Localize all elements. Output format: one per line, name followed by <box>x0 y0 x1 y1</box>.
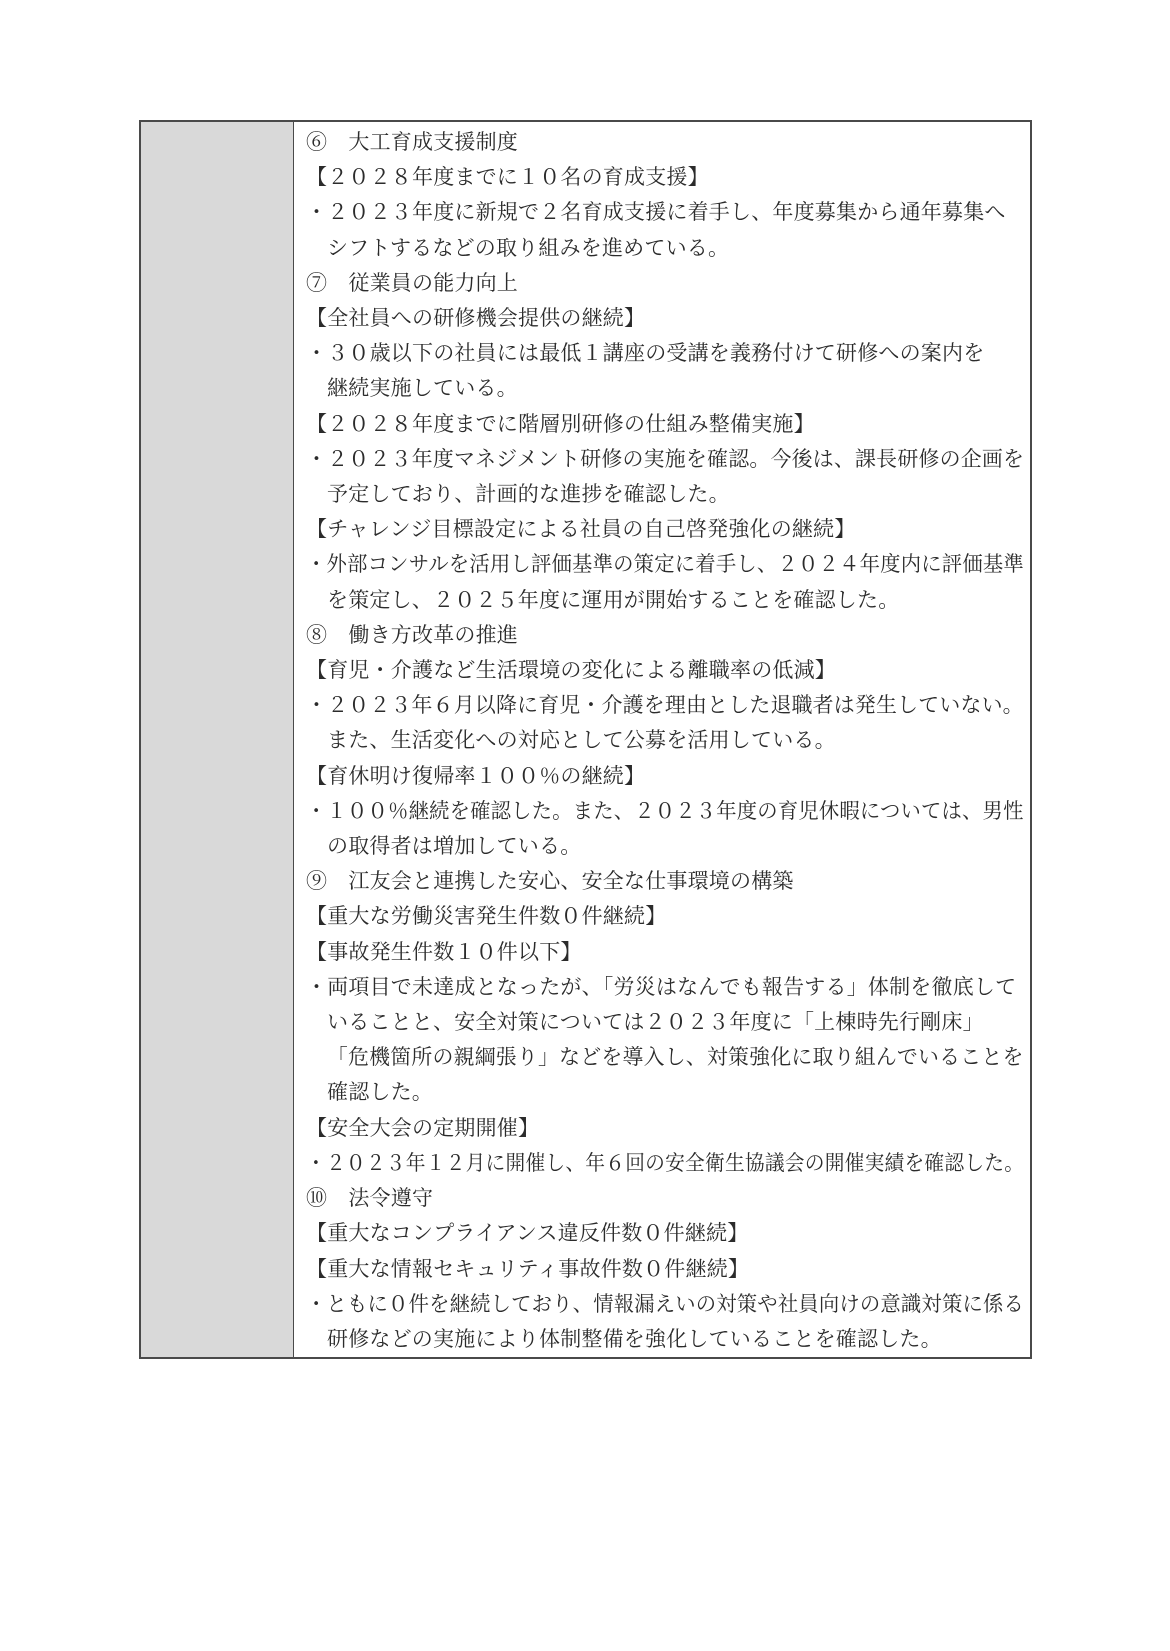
text-line-continuation: シフトするなどの取り組みを進めている。 <box>306 231 1024 266</box>
table-content-cell: ⑥ 大工育成支援制度【２０２８年度までに１０名の育成支援】・２０２３年度に新規で… <box>294 122 1030 1357</box>
text-line-continuation: 「危機箇所の親綱張り」などを導入し、対策強化に取り組んでいることを <box>306 1040 1021 1075</box>
text-line-bullet: ・１００％継続を確認した。また、２０２３年度の育児休暇については、男性 <box>306 794 1001 829</box>
text-line-numbered: ⑩ 法令遵守 <box>306 1181 1024 1216</box>
text-line-bracket: 【重大な情報セキュリティ事故件数０件継続】 <box>306 1252 1024 1287</box>
text-line-bracket: 【２０２８年度までに１０名の育成支援】 <box>306 160 1024 195</box>
text-line-continuation: 継続実施している。 <box>306 371 1024 406</box>
text-line-bullet: ・２０２３年１２月に開催し、年６回の安全衛生協議会の開催実績を確認した。 <box>306 1146 982 1181</box>
text-line-bullet: ・３０歳以下の社員には最低１講座の受講を義務付けて研修への案内を <box>306 336 1024 371</box>
document-page: ⑥ 大工育成支援制度【２０２８年度までに１０名の育成支援】・２０２３年度に新規で… <box>0 0 1170 1651</box>
review-table: ⑥ 大工育成支援制度【２０２８年度までに１０名の育成支援】・２０２３年度に新規で… <box>139 120 1032 1359</box>
text-line-continuation: の取得者は増加している。 <box>306 829 1024 864</box>
text-line-continuation: 研修などの実施により体制整備を強化していることを確認した。 <box>306 1322 1024 1357</box>
text-line-bullet: ・２０２３年度に新規で２名育成支援に着手し、年度募集から通年募集へ <box>306 195 1024 230</box>
text-line-bullet: ・ともに０件を継続しており、情報漏えいの対策や社員向けの意識対策に係る <box>306 1287 1001 1322</box>
text-line-bracket: 【事故発生件数１０件以下】 <box>306 935 1024 970</box>
text-line-bracket: 【育児・介護など生活環境の変化による離職率の低減】 <box>306 653 1024 688</box>
text-line-bullet: ・両項目で未達成となったが、「労災はなんでも報告する」体制を徹底して <box>306 970 1024 1005</box>
text-line-numbered: ⑨ 江友会と連携した安心、安全な仕事環境の構築 <box>306 864 1024 899</box>
text-line-numbered: ⑦ 従業員の能力向上 <box>306 266 1024 301</box>
text-line-bracket: 【全社員への研修機会提供の継続】 <box>306 301 1024 336</box>
text-line-bullet: ・外部コンサルを活用し評価基準の策定に着手し、２０２４年度内に評価基準 <box>306 547 1002 582</box>
text-line-continuation: また、生活変化への対応として公募を活用している。 <box>306 723 1024 758</box>
table-left-cell <box>141 122 294 1357</box>
text-line-continuation: を策定し、２０２５年度に運用が開始することを確認した。 <box>306 583 1024 618</box>
text-line-bracket: 【２０２８年度までに階層別研修の仕組み整備実施】 <box>306 407 1024 442</box>
text-line-continuation: 確認した。 <box>306 1075 1024 1110</box>
text-line-continuation: 予定しており、計画的な進捗を確認した。 <box>306 477 1024 512</box>
text-line-numbered: ⑥ 大工育成支援制度 <box>306 125 1024 160</box>
text-line-numbered: ⑧ 働き方改革の推進 <box>306 618 1024 653</box>
text-line-continuation: いることと、安全対策については２０２３年度に「上棟時先行剛床」 <box>306 1005 1024 1040</box>
text-line-bullet: ・２０２３年６月以降に育児・介護を理由とした退職者は発生していない。 <box>306 688 1021 723</box>
text-line-bracket: 【育休明け復帰率１００％の継続】 <box>306 759 1024 794</box>
text-line-bracket: 【重大なコンプライアンス違反件数０件継続】 <box>306 1216 1024 1251</box>
text-line-bracket: 【重大な労働災害発生件数０件継続】 <box>306 899 1024 934</box>
text-line-bracket: 【チャレンジ目標設定による社員の自己啓発強化の継続】 <box>306 512 1024 547</box>
text-line-bracket: 【安全大会の定期開催】 <box>306 1111 1024 1146</box>
text-line-bullet: ・２０２３年度マネジメント研修の実施を確認。今後は、課長研修の企画を <box>306 442 1022 477</box>
